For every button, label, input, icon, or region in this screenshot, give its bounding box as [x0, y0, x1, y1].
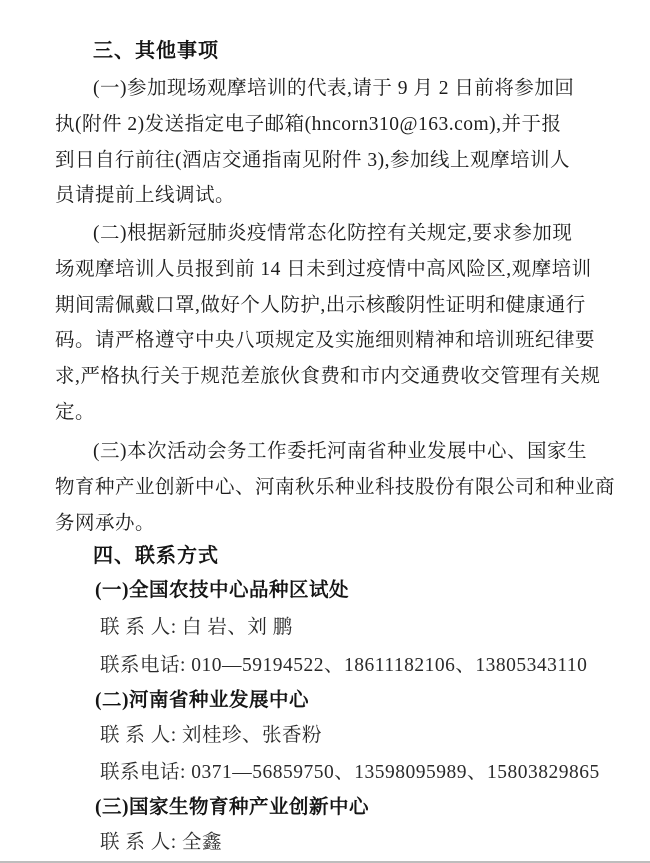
contact-org-2: (二)河南省种业发展中心 — [95, 684, 309, 712]
paragraph-line: 期间需佩戴口罩,做好个人防护,出示核酸阴性证明和健康通行 — [55, 288, 615, 324]
paragraph-line: 物育种产业创新中心、河南秋乐种业科技股份有限公司和种业商 — [55, 470, 615, 506]
section-4-heading: 四、联系方式 — [93, 539, 219, 568]
paragraph-line: 务网承办。 — [55, 506, 615, 542]
section-3-paragraph-3: (三)本次活动会务工作委托河南省种业发展中心、国家生 物育种产业创新中心、河南秋… — [55, 434, 615, 541]
section-3-paragraph-2: (二)根据新冠肺炎疫情常态化防控有关规定,要求参加现 场观摩培训人员报到前 14… — [55, 216, 615, 431]
paragraph-line: 场观摩培训人员报到前 14 日未到过疫情中高风险区,观摩培训 — [55, 252, 615, 288]
paragraph-line: 求,严格执行关于规范差旅伙食费和市内交通费收交管理有关规 — [55, 359, 615, 395]
section-3-paragraph-1: (一)参加现场观摩培训的代表,请于 9 月 2 日前将参加回 执(附件 2)发送… — [55, 71, 615, 214]
paragraph-line: (二)根据新冠肺炎疫情常态化防控有关规定,要求参加现 — [55, 216, 615, 252]
contact-phone-2: 联系电话: 0371—56859750、13598095989、15803829… — [100, 756, 600, 784]
paragraph-line: 员请提前上线调试。 — [55, 178, 615, 214]
contact-person-3: 联 系 人: 全鑫 — [100, 826, 222, 854]
paragraph-line: 到日自行前往(酒店交通指南见附件 3),参加线上观摩培训人 — [55, 143, 615, 179]
contact-org-3: (三)国家生物育种产业创新中心 — [95, 791, 369, 819]
paragraph-line: (三)本次活动会务工作委托河南省种业发展中心、国家生 — [55, 434, 615, 470]
paragraph-line: 码。请严格遵守中央八项规定及实施细则精神和培训班纪律要 — [55, 323, 615, 359]
document-page: 三、其他事项 (一)参加现场观摩培训的代表,请于 9 月 2 日前将参加回 执(… — [0, 0, 650, 863]
paragraph-line: 定。 — [55, 395, 615, 431]
paragraph-line: (一)参加现场观摩培训的代表,请于 9 月 2 日前将参加回 — [55, 71, 615, 107]
contact-phone-1: 联系电话: 010—59194522、18611182106、138053431… — [100, 649, 587, 677]
contact-person-1: 联 系 人: 白 岩、刘 鹏 — [100, 611, 293, 639]
paragraph-line: 执(附件 2)发送指定电子邮箱(hncorn310@163.com),并于报 — [55, 107, 615, 143]
section-3-heading: 三、其他事项 — [93, 34, 219, 63]
contact-org-1: (一)全国农技中心品种区试处 — [95, 574, 349, 602]
contact-person-2: 联 系 人: 刘桂珍、张香粉 — [100, 719, 322, 747]
